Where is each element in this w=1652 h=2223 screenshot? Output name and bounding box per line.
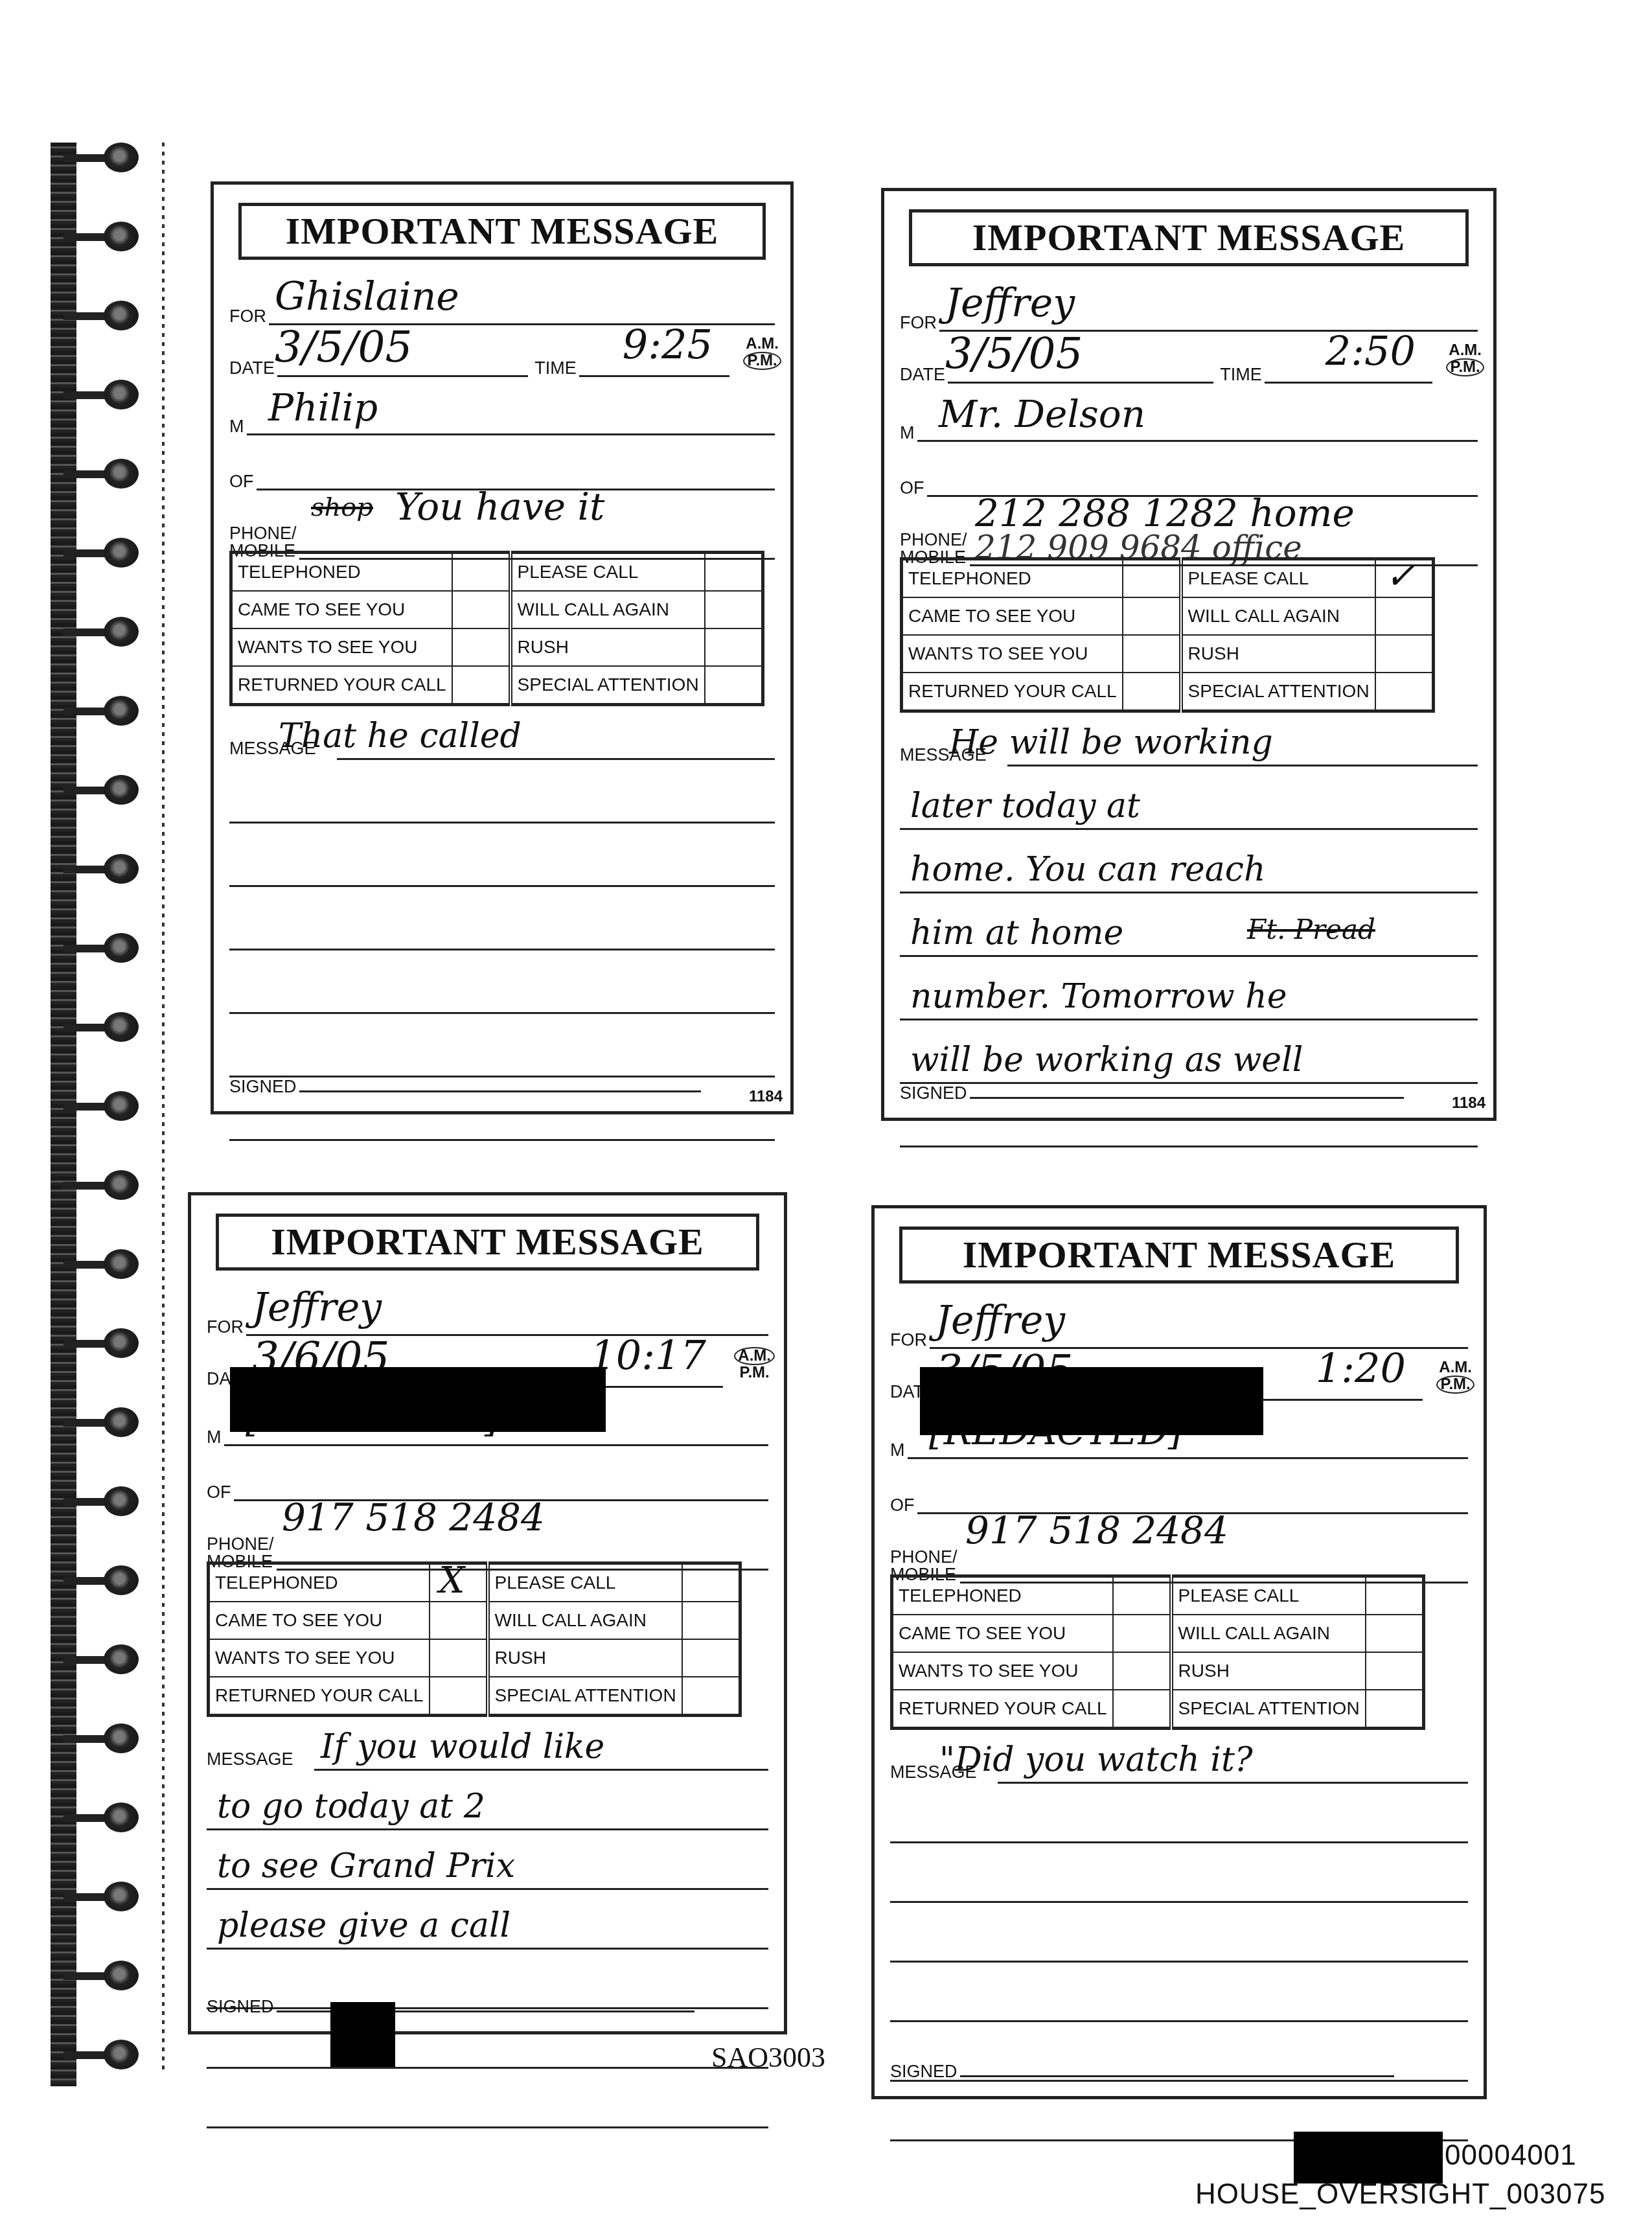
message-ruled-line bbox=[890, 1961, 1468, 1963]
page-code-stamp: SAO3003 bbox=[711, 2041, 825, 2074]
checkbox-wants-to-see-you[interactable] bbox=[452, 628, 511, 666]
field-line-date bbox=[277, 373, 528, 377]
message-ruled-line bbox=[1007, 765, 1478, 766]
message-ruled-line bbox=[998, 1782, 1468, 1784]
spiral-ring bbox=[63, 1012, 154, 1042]
spiral-ring bbox=[63, 854, 154, 884]
message-ruled-line bbox=[207, 1948, 768, 1950]
message-ruled-line bbox=[890, 1901, 1468, 1903]
spiral-ring bbox=[63, 1486, 154, 1516]
checkbox-rush[interactable] bbox=[682, 1639, 740, 1677]
checkbox-telephoned[interactable] bbox=[452, 553, 511, 592]
checkbox-special-attention[interactable] bbox=[1366, 1690, 1424, 1729]
field-line-m bbox=[247, 431, 775, 435]
spiral-ring bbox=[63, 2040, 154, 2069]
handwritten-message-line: to go today at 2 bbox=[217, 1787, 485, 1826]
am-pm-indicator: A.M.P.M. bbox=[1446, 343, 1484, 376]
check-label-returned-your-call: RETURNED YOUR CALL bbox=[902, 673, 1123, 711]
checkbox-please-call[interactable] bbox=[682, 1563, 740, 1602]
check-label-came-to-see-you: CAME TO SEE YOU bbox=[231, 591, 452, 628]
message-ruled-line bbox=[229, 1139, 775, 1141]
spiral-ring bbox=[63, 1723, 154, 1753]
field-label-time: TIME bbox=[1220, 366, 1262, 384]
checkbox-came-to-see-you[interactable] bbox=[1113, 1615, 1171, 1652]
check-label-came-to-see-you: CAME TO SEE YOU bbox=[902, 597, 1123, 635]
handwritten-message-line: That he called bbox=[279, 717, 522, 755]
handwritten-date: 3/5/05 bbox=[275, 322, 412, 372]
am-pm-indicator: A.M.P.M. bbox=[1436, 1360, 1474, 1394]
check-label-please-call: PLEASE CALL bbox=[1181, 559, 1375, 598]
checkbox-telephoned[interactable]: X bbox=[430, 1563, 488, 1602]
am-label: A.M. bbox=[743, 336, 781, 352]
redaction-bar bbox=[330, 2002, 395, 2067]
pm-label: P.M. bbox=[743, 352, 781, 370]
handwritten-message-line: If you would like bbox=[321, 1727, 604, 1766]
field-label-for: FOR bbox=[900, 314, 937, 332]
check-label-special-attention: SPECIAL ATTENTION bbox=[488, 1677, 682, 1716]
check-label-rush: RUSH bbox=[488, 1639, 682, 1677]
status-checklist: TELEPHONEDPLEASE CALL✓CAME TO SEE YOUWIL… bbox=[900, 557, 1435, 713]
handwritten-from: Philip bbox=[268, 386, 378, 430]
check-label-telephoned: TELEPHONED bbox=[892, 1576, 1113, 1615]
handwritten-time: 1:20 bbox=[1316, 1344, 1406, 1392]
message-slip: IMPORTANT MESSAGEFORJeffreyDATETIME3/5/0… bbox=[871, 1205, 1487, 2099]
message-ruled-line bbox=[207, 1828, 768, 1830]
handwritten-message-line: "Did you watch it? bbox=[939, 1740, 1253, 1779]
am-label: A.M. bbox=[1436, 1360, 1474, 1376]
signed-line bbox=[970, 1097, 1404, 1099]
form-title: IMPORTANT MESSAGE bbox=[909, 209, 1469, 266]
check-label-wants-to-see-you: WANTS TO SEE YOU bbox=[231, 628, 452, 666]
check-label-please-call: PLEASE CALL bbox=[488, 1563, 682, 1602]
spiral-ring bbox=[63, 380, 154, 409]
spiral-ring bbox=[63, 1961, 154, 1990]
message-ruled-line bbox=[229, 1012, 775, 1014]
handwritten-time: 2:50 bbox=[1325, 327, 1416, 374]
checkbox-wants-to-see-you[interactable] bbox=[1123, 635, 1181, 673]
handwritten-date: 3/5/05 bbox=[945, 328, 1083, 378]
field-line-date bbox=[948, 379, 1213, 384]
checkbox-will-call-again[interactable] bbox=[682, 1602, 740, 1639]
message-ruled-line bbox=[314, 1769, 768, 1771]
check-label-please-call: PLEASE CALL bbox=[511, 553, 705, 592]
spiral-ring bbox=[63, 696, 154, 726]
redaction-bar bbox=[230, 1367, 606, 1432]
field-label-of: OF bbox=[900, 479, 924, 497]
field-label-m: M bbox=[900, 424, 915, 442]
phone-label-line1: PHONE/ bbox=[229, 525, 297, 542]
field-label-of: OF bbox=[890, 1497, 915, 1514]
checkbox-wants-to-see-you[interactable] bbox=[1113, 1652, 1171, 1690]
check-label-will-call-again: WILL CALL AGAIN bbox=[488, 1602, 682, 1639]
redaction-bar bbox=[1294, 2132, 1443, 2183]
handwritten-message-line: later today at bbox=[910, 787, 1140, 825]
field-label-for: FOR bbox=[229, 308, 266, 325]
spiral-ring bbox=[63, 1803, 154, 1832]
handwritten-message-line: will be working as well bbox=[910, 1041, 1303, 1079]
checkbox-please-call[interactable] bbox=[1366, 1576, 1424, 1615]
message-ruled-line bbox=[207, 2067, 768, 2069]
check-label-please-call: PLEASE CALL bbox=[1171, 1576, 1366, 1615]
message-ruled-line bbox=[890, 1841, 1468, 1843]
spiral-ring bbox=[63, 933, 154, 963]
signed-label: SIGNED bbox=[229, 1077, 297, 1096]
message-slip: IMPORTANT MESSAGEFORGhislaineDATETIME3/5… bbox=[211, 181, 794, 1114]
handwritten-time: 9:25 bbox=[623, 321, 713, 368]
spiral-ring bbox=[63, 617, 154, 647]
field-label-m: M bbox=[229, 418, 244, 435]
check-label-telephoned: TELEPHONED bbox=[209, 1563, 430, 1602]
message-ruled-line bbox=[900, 828, 1478, 830]
signed-field: SIGNED bbox=[207, 1997, 694, 2017]
checkbox-wants-to-see-you[interactable] bbox=[430, 1639, 488, 1677]
check-label-wants-to-see-you: WANTS TO SEE YOU bbox=[892, 1652, 1113, 1690]
check-label-rush: RUSH bbox=[511, 628, 705, 666]
field-line-time bbox=[579, 373, 729, 377]
spiral-ring bbox=[63, 1407, 154, 1437]
field-line-time bbox=[1265, 379, 1432, 384]
spiral-ring bbox=[63, 775, 154, 805]
check-label-telephoned: TELEPHONED bbox=[902, 559, 1123, 598]
status-checklist: TELEPHONEDPLEASE CALLCAME TO SEE YOUWILL… bbox=[229, 551, 764, 706]
message-ruled-line bbox=[229, 885, 775, 887]
check-label-wants-to-see-you: WANTS TO SEE YOU bbox=[902, 635, 1123, 673]
check-label-rush: RUSH bbox=[1171, 1652, 1366, 1690]
message-ruled-line bbox=[207, 2126, 768, 2128]
am-pm-indicator: A.M.P.M. bbox=[743, 336, 781, 370]
checkbox-returned-your-call[interactable] bbox=[1123, 673, 1181, 711]
redaction-bar bbox=[920, 1367, 1263, 1435]
spiral-ring bbox=[63, 1091, 154, 1121]
spiral-ring bbox=[63, 1565, 154, 1595]
handwritten-message-line: him at home bbox=[910, 914, 1123, 952]
checkbox-returned-your-call[interactable] bbox=[430, 1677, 488, 1716]
phone-label-line1: PHONE/ bbox=[890, 1549, 958, 1566]
am-label: A.M. bbox=[734, 1347, 775, 1365]
message-ruled-line bbox=[900, 1146, 1478, 1147]
spiral-ring bbox=[63, 1328, 154, 1358]
field-label-time: TIME bbox=[534, 360, 577, 377]
status-checklist: TELEPHONEDPLEASE CALLCAME TO SEE YOUWILL… bbox=[890, 1574, 1425, 1730]
perforation-line bbox=[162, 143, 165, 2073]
handwritten-message-line: to see Grand Prix bbox=[217, 1847, 515, 1885]
handwritten-message-line: number. Tomorrow he bbox=[910, 977, 1287, 1016]
handwritten-message-line: He will be working bbox=[949, 723, 1273, 762]
field-label-date: DATE bbox=[900, 366, 945, 384]
bates-house-oversight: HOUSE_OVERSIGHT_003075 bbox=[1195, 2178, 1605, 2211]
spiral-ring bbox=[63, 459, 154, 489]
checkbox-special-attention[interactable] bbox=[705, 666, 763, 705]
checkbox-returned-your-call[interactable] bbox=[452, 666, 511, 705]
spiral-ring bbox=[63, 1170, 154, 1200]
status-checklist: TELEPHONEDXPLEASE CALLCAME TO SEE YOUWIL… bbox=[207, 1561, 742, 1717]
message-ruled-line bbox=[900, 955, 1478, 957]
checkbox-came-to-see-you[interactable] bbox=[452, 591, 511, 628]
message-ruled-line bbox=[229, 949, 775, 950]
signed-field: SIGNED bbox=[229, 1077, 701, 1097]
checkbox-please-call[interactable] bbox=[705, 553, 763, 592]
check-label-will-call-again: WILL CALL AGAIN bbox=[1181, 597, 1375, 635]
form-number: 1184 bbox=[749, 1088, 783, 1106]
message-slip: IMPORTANT MESSAGEFORJeffreyDATETIME3/5/0… bbox=[881, 188, 1497, 1121]
checkbox-telephoned[interactable] bbox=[1113, 1576, 1171, 1615]
spiral-ring bbox=[63, 1882, 154, 1911]
checkbox-will-call-again[interactable] bbox=[1366, 1615, 1424, 1652]
check-label-returned-your-call: RETURNED YOUR CALL bbox=[892, 1690, 1113, 1729]
field-label-of: OF bbox=[207, 1484, 231, 1501]
message-ruled-line bbox=[900, 1019, 1478, 1020]
message-ruled-line bbox=[229, 822, 775, 824]
am-pm-indicator: A.M.P.M. bbox=[734, 1347, 775, 1381]
handwritten-phone: 917 518 2484 bbox=[965, 1508, 1228, 1552]
field-label-date: DATE bbox=[229, 360, 275, 377]
handwritten-struck-text: shop bbox=[311, 492, 373, 522]
message-label: MESSAGE bbox=[207, 1749, 293, 1769]
pm-label: P.M. bbox=[1436, 1376, 1474, 1394]
handwritten-for: Jeffrey bbox=[252, 1285, 382, 1330]
field-line-time bbox=[1255, 1396, 1423, 1401]
checkbox-special-attention[interactable] bbox=[1375, 673, 1434, 711]
checkbox-telephoned[interactable] bbox=[1123, 559, 1181, 598]
spiral-binding bbox=[51, 143, 141, 2086]
bates-number: 00004001 bbox=[1445, 2139, 1577, 2172]
checkbox-will-call-again[interactable] bbox=[1375, 597, 1434, 635]
checkbox-returned-your-call[interactable] bbox=[1113, 1690, 1171, 1729]
form-title: IMPORTANT MESSAGE bbox=[899, 1227, 1459, 1284]
handwritten-message-line: please give a call bbox=[217, 1906, 511, 1945]
spiral-ring bbox=[63, 1644, 154, 1674]
signed-label: SIGNED bbox=[207, 1997, 274, 2016]
check-label-came-to-see-you: CAME TO SEE YOU bbox=[892, 1615, 1113, 1652]
signed-field: SIGNED bbox=[890, 2062, 1394, 2082]
handwritten-struck-text: Ft. Pread bbox=[1247, 914, 1375, 945]
check-label-returned-your-call: RETURNED YOUR CALL bbox=[231, 666, 452, 705]
signed-field: SIGNED bbox=[900, 1083, 1404, 1103]
signed-line bbox=[299, 1090, 701, 1092]
handwritten-for: Ghislaine bbox=[275, 274, 459, 319]
phone-label-line1: PHONE/ bbox=[207, 1536, 274, 1553]
field-label-m: M bbox=[207, 1429, 222, 1446]
check-label-will-call-again: WILL CALL AGAIN bbox=[1171, 1615, 1366, 1652]
checkbox-rush[interactable] bbox=[1375, 635, 1434, 673]
spiral-ring bbox=[63, 1249, 154, 1279]
checkbox-came-to-see-you[interactable] bbox=[1123, 597, 1181, 635]
check-label-special-attention: SPECIAL ATTENTION bbox=[1171, 1690, 1366, 1729]
message-ruled-line bbox=[337, 758, 775, 760]
form-title: IMPORTANT MESSAGE bbox=[216, 1214, 759, 1271]
check-label-returned-your-call: RETURNED YOUR CALL bbox=[209, 1677, 430, 1716]
handwritten-for: Jeffrey bbox=[945, 281, 1075, 326]
message-ruled-line bbox=[890, 2020, 1468, 2022]
checkbox-came-to-see-you[interactable] bbox=[430, 1602, 488, 1639]
field-label-m: M bbox=[890, 1442, 905, 1459]
field-label-for: FOR bbox=[207, 1319, 244, 1336]
field-line-m bbox=[917, 437, 1478, 442]
spiral-ring bbox=[63, 222, 154, 251]
am-label: A.M. bbox=[1446, 343, 1484, 358]
check-label-telephoned: TELEPHONED bbox=[231, 553, 452, 592]
signed-label: SIGNED bbox=[900, 1083, 967, 1103]
form-number: 1184 bbox=[1452, 1094, 1486, 1112]
message-ruled-line bbox=[900, 892, 1478, 893]
pm-label: P.M. bbox=[1446, 358, 1484, 376]
form-title: IMPORTANT MESSAGE bbox=[238, 203, 766, 260]
checkbox-please-call[interactable]: ✓ bbox=[1375, 559, 1434, 598]
check-label-special-attention: SPECIAL ATTENTION bbox=[1181, 673, 1375, 711]
handwritten-from: Mr. Delson bbox=[939, 392, 1145, 436]
spiral-ring bbox=[63, 143, 154, 172]
check-label-came-to-see-you: CAME TO SEE YOU bbox=[209, 1602, 430, 1639]
check-label-rush: RUSH bbox=[1181, 635, 1375, 673]
pm-label: P.M. bbox=[734, 1365, 775, 1381]
checkbox-rush[interactable] bbox=[1366, 1652, 1424, 1690]
checkbox-rush[interactable] bbox=[705, 628, 763, 666]
field-label-of: OF bbox=[229, 473, 254, 490]
handwritten-for: Jeffrey bbox=[935, 1298, 1065, 1343]
checkbox-will-call-again[interactable] bbox=[705, 591, 763, 628]
spiral-ring bbox=[63, 301, 154, 330]
signed-line bbox=[960, 2075, 1394, 2077]
handwritten-phone: You have it bbox=[395, 485, 604, 529]
signed-label: SIGNED bbox=[890, 2062, 958, 2081]
check-label-special-attention: SPECIAL ATTENTION bbox=[511, 666, 705, 705]
check-label-will-call-again: WILL CALL AGAIN bbox=[511, 591, 705, 628]
phone-label-line1: PHONE/ bbox=[900, 531, 967, 549]
handwritten-phone: 917 518 2484 bbox=[282, 1495, 545, 1539]
field-label-for: FOR bbox=[890, 1331, 927, 1349]
handwritten-time: 10:17 bbox=[590, 1331, 706, 1379]
check-label-wants-to-see-you: WANTS TO SEE YOU bbox=[209, 1639, 430, 1677]
spiral-ring bbox=[63, 538, 154, 568]
message-slip: IMPORTANT MESSAGEFORJeffreyDATETIME3/6/0… bbox=[188, 1192, 787, 2034]
field-line-m bbox=[908, 1455, 1469, 1459]
message-ruled-line bbox=[207, 1888, 768, 1890]
checkbox-special-attention[interactable] bbox=[682, 1677, 740, 1716]
handwritten-message-line: home. You can reach bbox=[910, 850, 1265, 889]
field-line-m bbox=[224, 1442, 769, 1446]
